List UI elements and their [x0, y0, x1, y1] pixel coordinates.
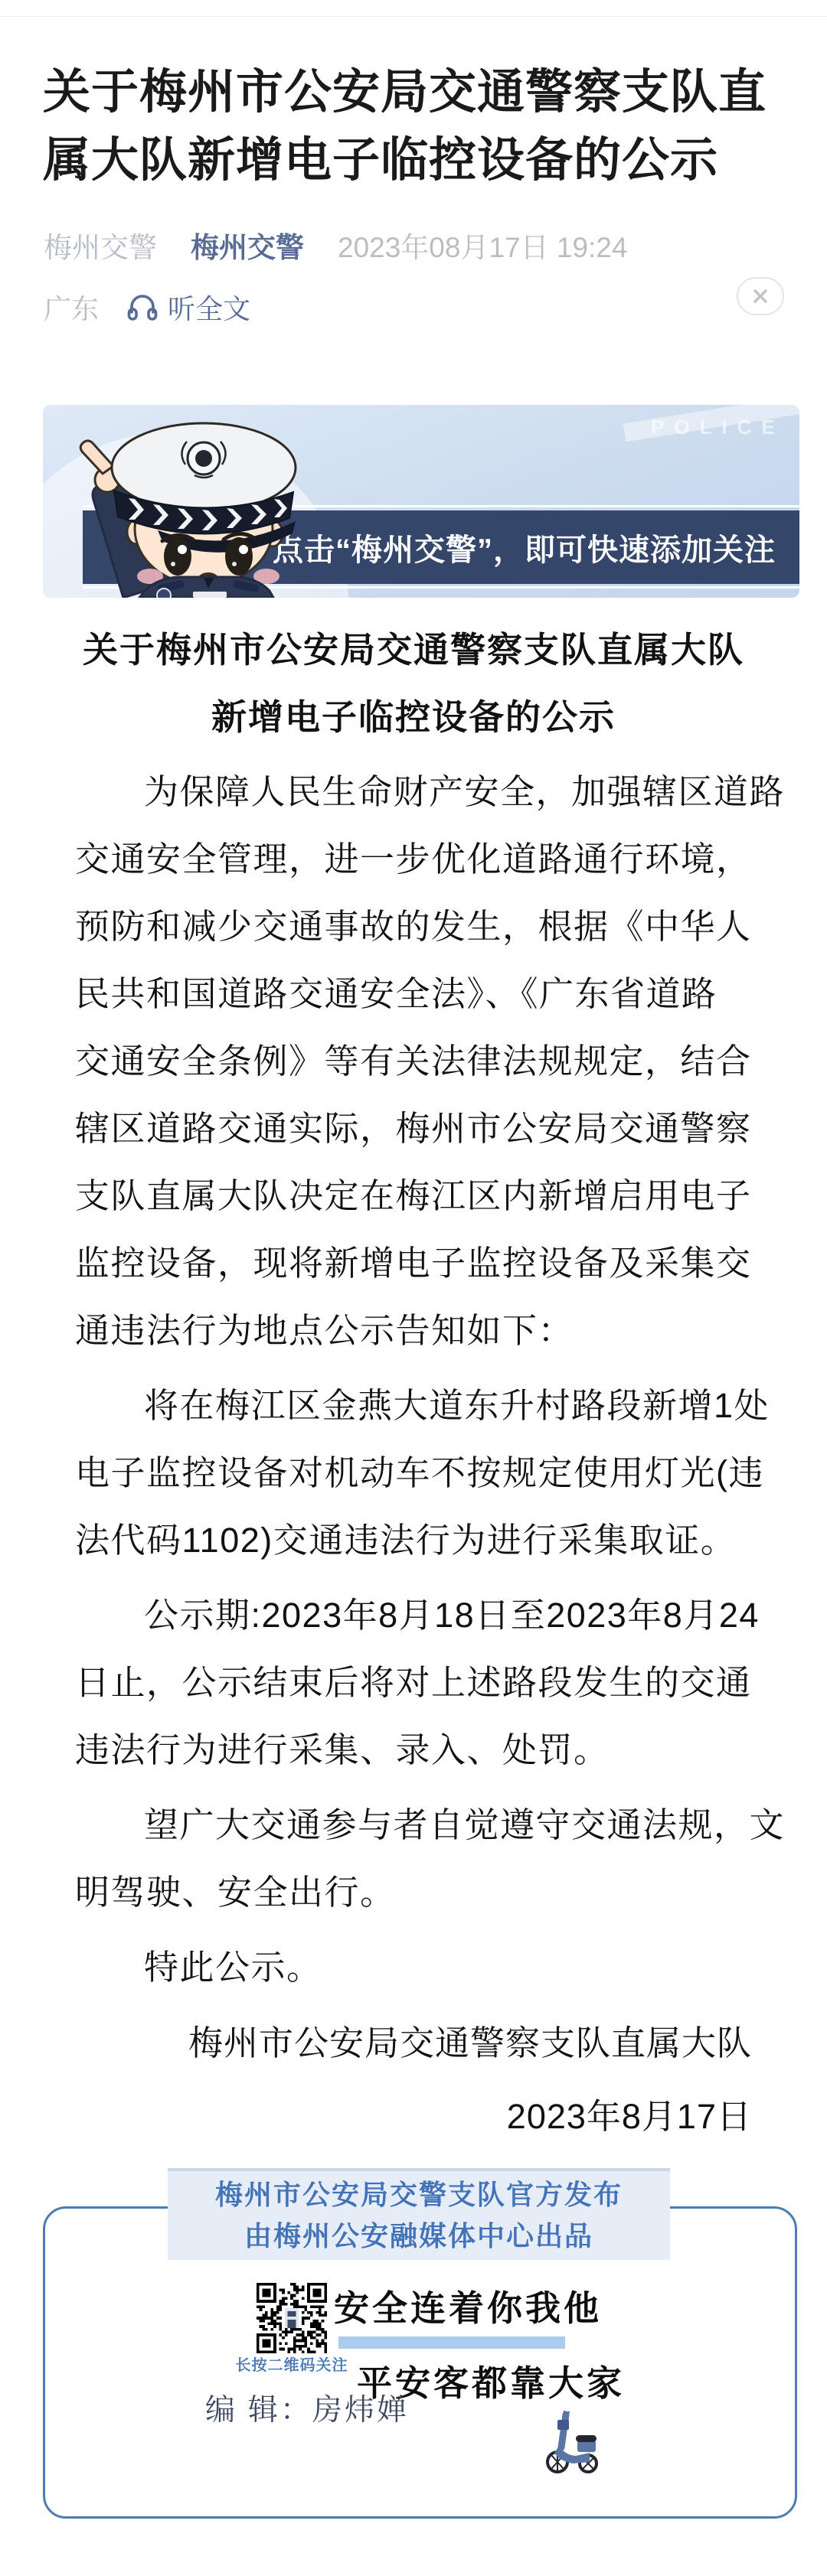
editor-credit: 编 辑：房炜婵	[205, 2386, 409, 2429]
author-name: 梅州交警	[44, 224, 157, 266]
slogan-divider-bar	[338, 2336, 565, 2349]
wechat-article-page: 关于梅州市公安局交通警察支队直属大队新增电子临控设备的公示 梅州交警 梅州交警 …	[0, 0, 827, 2576]
publish-time: 2023年08月17日 19:24	[338, 224, 628, 266]
body-line: 将在梅江区金燕大道东升村路段新增1处	[75, 1372, 752, 1440]
paragraph: 望广大交通参与者自觉遵守交通法规，文明驾驶、安全出行。	[75, 1792, 752, 1926]
paragraphs: 为保障人民生命财产安全，加强辖区道路交通安全管理，进一步优化道路通行环境，预防和…	[75, 758, 752, 2001]
body-line: 预防和减少交通事故的发生，根据《中华人	[75, 893, 752, 960]
body-line: 监控设备，现将新增电子监控设备及采集交	[75, 1230, 752, 1297]
paragraph: 特此公示。	[75, 1934, 752, 2001]
body-line: 通违法行为地点公示告知如下：	[75, 1297, 752, 1365]
body-line: 明驾驶、安全出行。	[75, 1859, 752, 1926]
paragraph: 为保障人民生命财产安全，加强辖区道路交通安全管理，进一步优化道路通行环境，预防和…	[75, 758, 752, 1365]
body-line: 电子监控设备对机动车不按规定使用灯光(违	[75, 1440, 752, 1507]
body-line: 违法行为进行采集、录入、处罚。	[75, 1717, 752, 1784]
meta-row-2: 广东 听全文	[44, 288, 250, 326]
paragraph: 将在梅江区金燕大道东升村路段新增1处电子监控设备对机动车不按规定使用灯光(违法代…	[75, 1372, 752, 1574]
headphone-icon	[126, 292, 159, 322]
police-cartoon	[43, 409, 334, 598]
ribbon-text: 点击“梅州交警”，即可快速添加关注	[273, 526, 776, 569]
body-line: 公示期:2023年8月18日至2023年8月24	[75, 1582, 752, 1649]
body-line: 交通安全管理，进一步优化道路通行环境，	[75, 826, 752, 893]
signature-date: 2023年8月17日	[75, 2090, 752, 2144]
close-icon	[750, 286, 770, 306]
scooter-icon	[542, 2411, 605, 2475]
top-divider	[0, 16, 827, 17]
police-watermark: POLICE	[651, 416, 785, 439]
footer-publisher-box: 梅州市公安局交警支队官方发布 由梅州公安融媒体中心出品	[168, 2168, 670, 2260]
listen-fulltext-button[interactable]: 听全文	[126, 288, 250, 327]
heading-line: 关于梅州市公安局交通警察支队直属大队	[75, 616, 752, 683]
slogan-line1: 安全连着你我他	[334, 2281, 587, 2331]
listen-label: 听全文	[168, 288, 250, 327]
article-body: 关于梅州市公安局交通警察支队直属大队新增电子临控设备的公示 为保障人民生命财产安…	[0, 616, 827, 2144]
body-line: 辖区道路交通实际，梅州市公安局交通警察	[75, 1095, 752, 1162]
body-line: 望广大交通参与者自觉遵守交通法规，文	[75, 1792, 752, 1859]
qr-code	[257, 2283, 327, 2353]
publisher-line2: 由梅州公安融媒体中心出品	[168, 2216, 670, 2257]
body-line: 支队直属大队决定在梅江区内新增启用电子	[75, 1162, 752, 1230]
region-label: 广东	[44, 288, 99, 327]
body-line: 特此公示。	[75, 1934, 752, 2001]
paragraph: 公示期:2023年8月18日至2023年8月24日止，公示结束后将对上述路段发生…	[75, 1582, 752, 1784]
account-link[interactable]: 梅州交警	[191, 224, 304, 266]
heading-line: 新增电子临控设备的公示	[75, 683, 752, 751]
promo-banner[interactable]: POLICE 点击“梅州交警”，即可快速添加关注	[43, 405, 799, 598]
article-heading: 关于梅州市公安局交通警察支队直属大队新增电子临控设备的公示	[75, 616, 752, 751]
body-line: 日止，公示结束后将对上述路段发生的交通	[75, 1649, 752, 1717]
body-line: 为保障人民生命财产安全，加强辖区道路	[75, 758, 752, 826]
body-line: 法代码1102)交通违法行为进行采集取证。	[75, 1507, 752, 1574]
article-title: 关于梅州市公安局交通警察支队直属大队新增电子临控设备的公示	[43, 58, 784, 194]
body-line: 交通安全条例》等有关法律法规规定，结合	[75, 1028, 752, 1095]
close-audio-button[interactable]	[737, 277, 784, 315]
publisher-line1: 梅州市公安局交警支队官方发布	[168, 2174, 670, 2216]
body-line: 民共和国道路交通安全法》、《广东省道路	[75, 960, 752, 1028]
meta-row: 梅州交警 梅州交警 2023年08月17日 19:24	[44, 224, 628, 266]
signature-line: 梅州市公安局交通警察支队直属大队	[75, 2017, 752, 2070]
